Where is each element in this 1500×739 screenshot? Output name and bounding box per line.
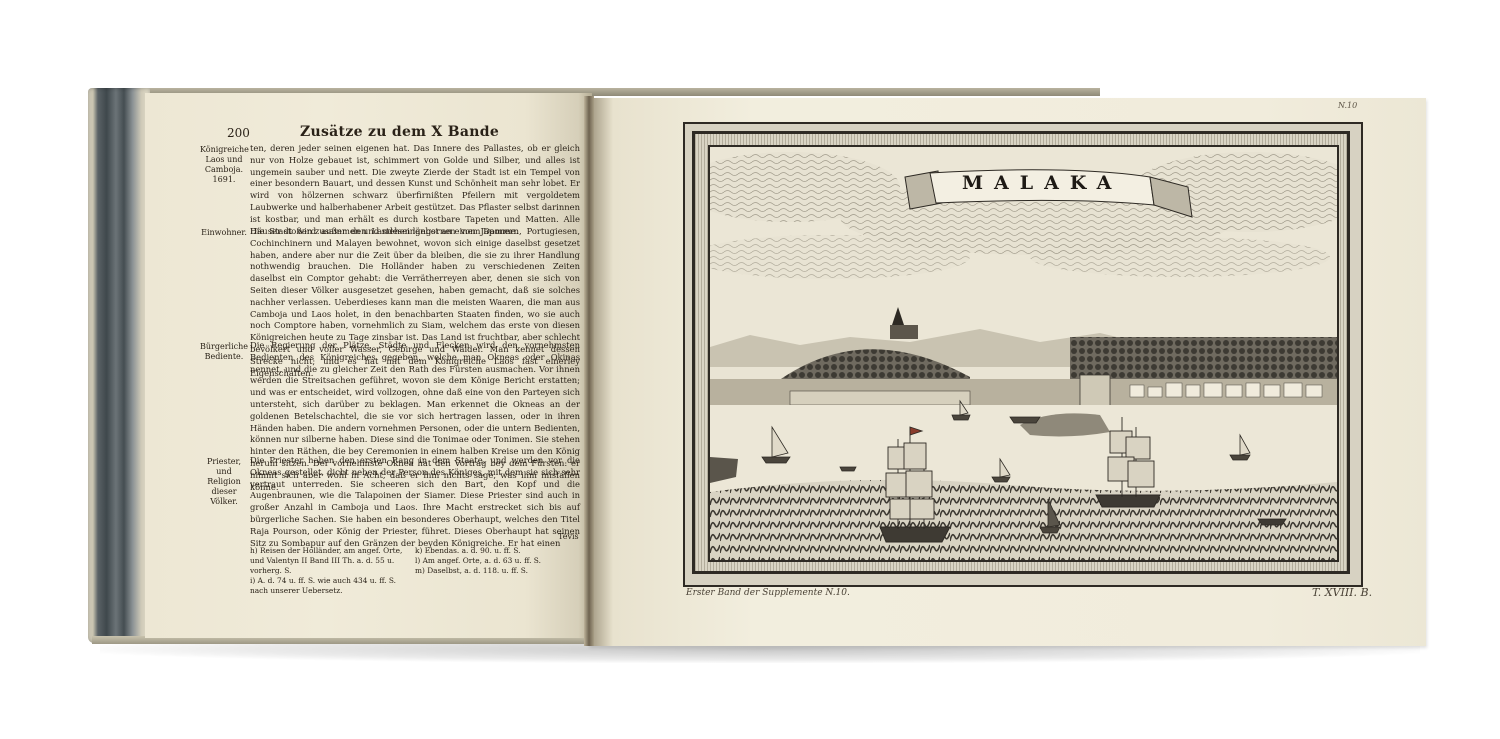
footnotes-left: h) Reisen der Holländer, am angef. Orte,…	[250, 546, 410, 596]
margin-note-einwohner: Einwohner.	[200, 228, 248, 238]
margin-note-buergerliche-bediente: Bürgerliche Bediente.	[200, 342, 248, 362]
paragraph-priests: Die Priester haben den ersten Rang in de…	[250, 455, 580, 549]
plate-number: N.10	[1338, 101, 1357, 110]
footnote-m: m) Daselbst, a. d. 118. u. ff. S.	[415, 566, 565, 576]
running-head: Zusätze zu dem X Bande	[300, 124, 499, 140]
footnote-l: l) Am angef. Orte, a. d. 63 u. ff. S.	[415, 556, 565, 566]
paragraph-palace-temple: ten, deren jeder seinen eigenen hat. Das…	[250, 143, 580, 237]
engraving-malaka-harbour	[708, 145, 1339, 562]
margin-note-priester-religion: Priester, und Religion dieser Völker.	[200, 457, 248, 507]
plate-caption-right: T. XVIII. B.	[1312, 586, 1372, 599]
book-gutter	[584, 96, 594, 646]
page-number: 200	[227, 126, 250, 140]
footnote-i: i) A. d. 74 u. ff. S. wie auch 434 u. ff…	[250, 576, 410, 596]
footnote-k: k) Ebendas. a. d. 90. u. ff. S.	[415, 546, 565, 556]
footnote-h: h) Reisen der Holländer, am angef. Orte,…	[250, 546, 410, 576]
margin-note-laos-camboja: Königreiche Laos und Camboja. 1691.	[200, 145, 248, 185]
catchword: Tevis	[558, 532, 579, 541]
plate-caption-left: Erster Band der Supplemente N.10.	[686, 588, 850, 598]
footnotes-right: k) Ebendas. a. d. 90. u. ff. S. l) Am an…	[415, 546, 565, 576]
book-fore-edge	[88, 88, 150, 643]
harbour-scene	[710, 147, 1337, 560]
banner-title: MALAKA	[962, 172, 1122, 194]
